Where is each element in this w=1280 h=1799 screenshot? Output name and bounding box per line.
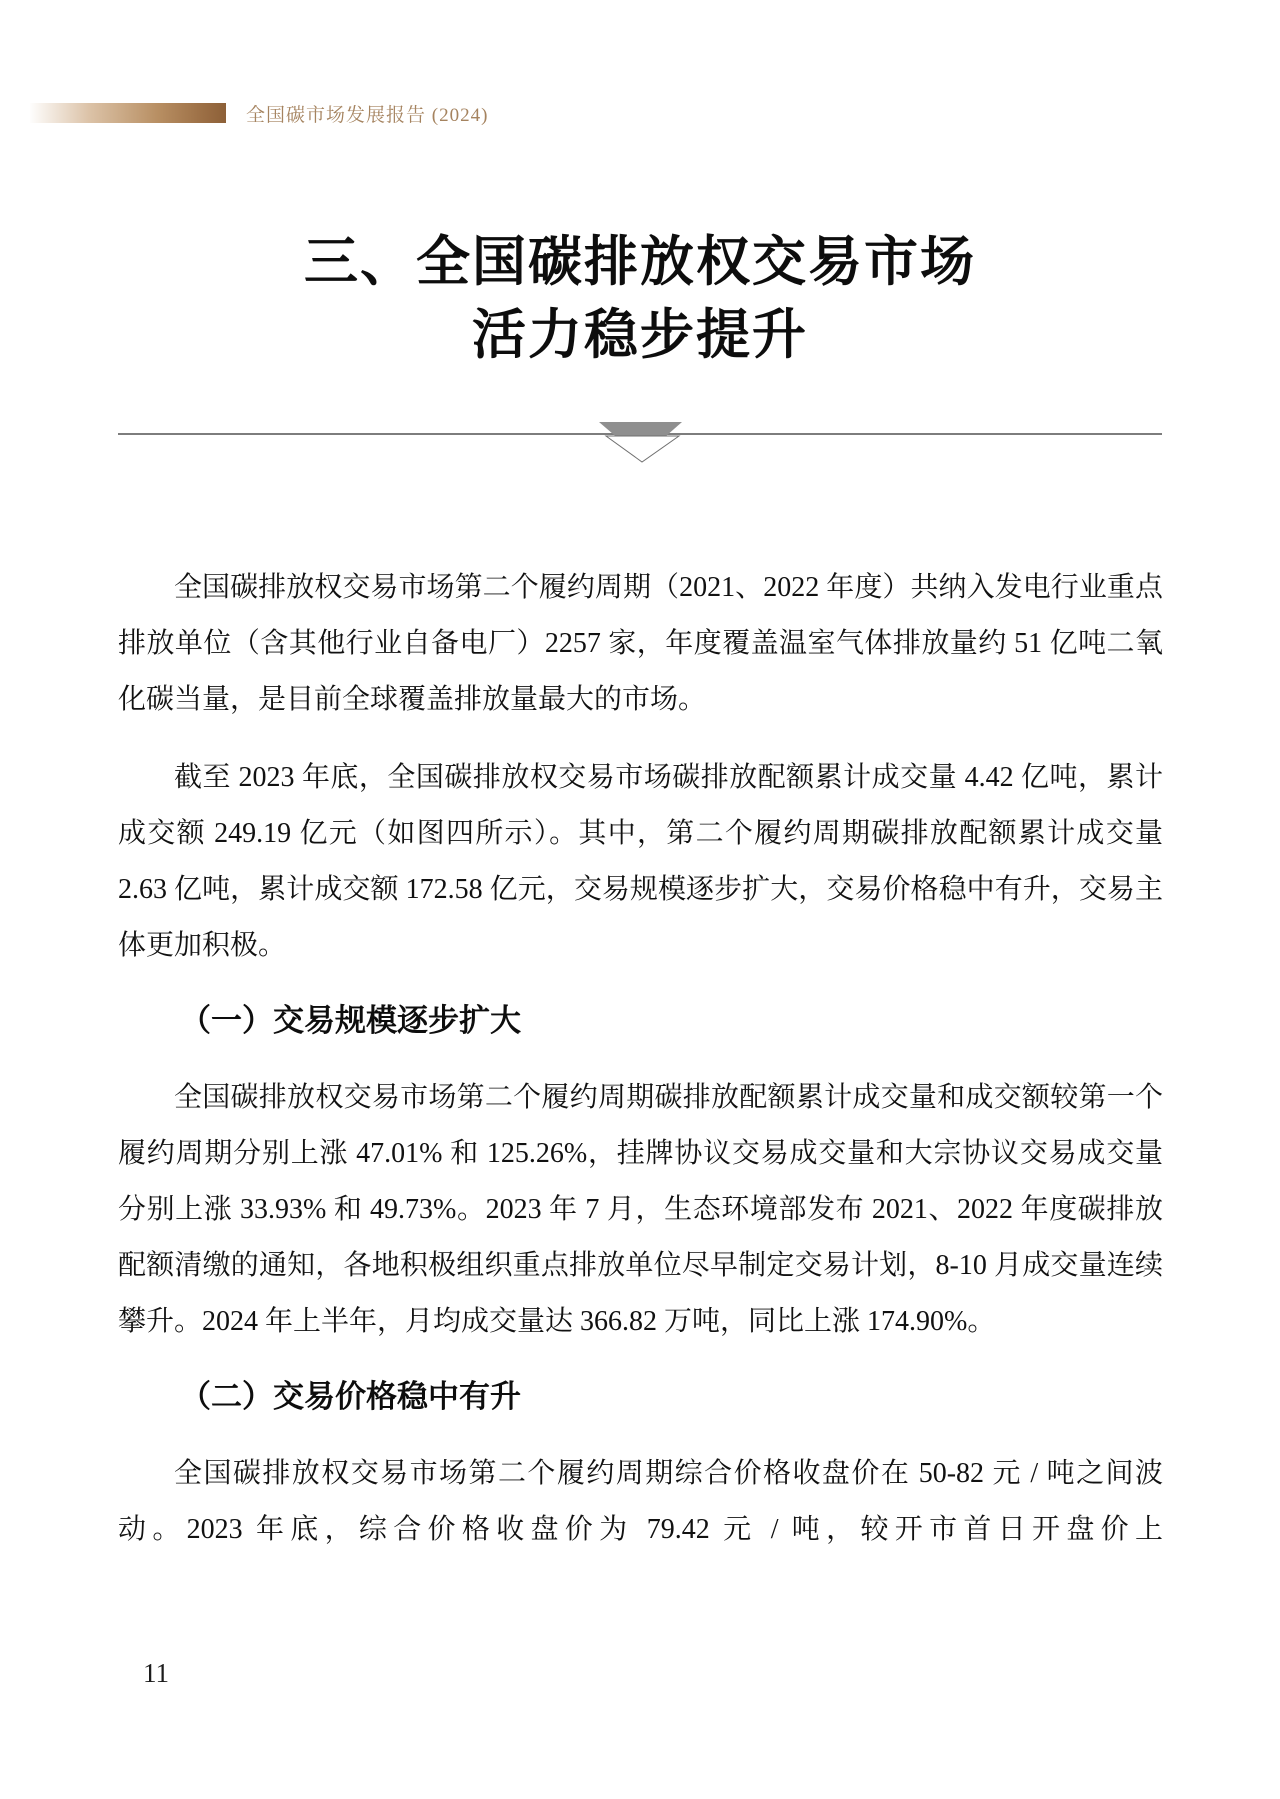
page-number: 11	[143, 1658, 169, 1689]
page-header: 全国碳市场发展报告 (2024)	[30, 95, 488, 131]
content-area: 全国碳排放权交易市场第二个履约周期（2021、2022 年度）共纳入发电行业重点…	[118, 560, 1163, 1580]
section-divider	[0, 413, 1280, 477]
intro-paragraph-2: 截至 2023 年底，全国碳排放权交易市场碳排放配额累计成交量 4.42 亿吨，…	[118, 750, 1163, 974]
report-title: 全国碳市场发展报告 (2024)	[246, 100, 488, 127]
section-1-paragraph-1: 全国碳排放权交易市场第二个履约周期碳排放配额累计成交量和成交额较第一个履约周期分…	[118, 1070, 1163, 1350]
section-2-paragraph-1: 全国碳排放权交易市场第二个履约周期综合价格收盘价在 50-82 元 / 吨之间波…	[118, 1446, 1163, 1558]
chapter-title-line1: 三、全国碳排放权交易市场	[304, 232, 976, 292]
chapter-title-line2: 活力稳步提升	[472, 305, 808, 365]
intro-paragraph-1: 全国碳排放权交易市场第二个履约周期（2021、2022 年度）共纳入发电行业重点…	[118, 560, 1163, 728]
header-accent-bar	[30, 103, 226, 123]
section-heading-2: （二）交易价格稳中有升	[118, 1374, 1163, 1420]
document-page: 全国碳市场发展报告 (2024) 三、全国碳排放权交易市场 活力稳步提升 全国碳…	[0, 0, 1280, 1799]
divider-graphic	[0, 413, 1280, 477]
chapter-title: 三、全国碳排放权交易市场 活力稳步提升	[0, 226, 1280, 372]
section-heading-1: （一）交易规模逐步扩大	[118, 998, 1163, 1044]
down-triangle-outline-icon	[606, 436, 679, 462]
